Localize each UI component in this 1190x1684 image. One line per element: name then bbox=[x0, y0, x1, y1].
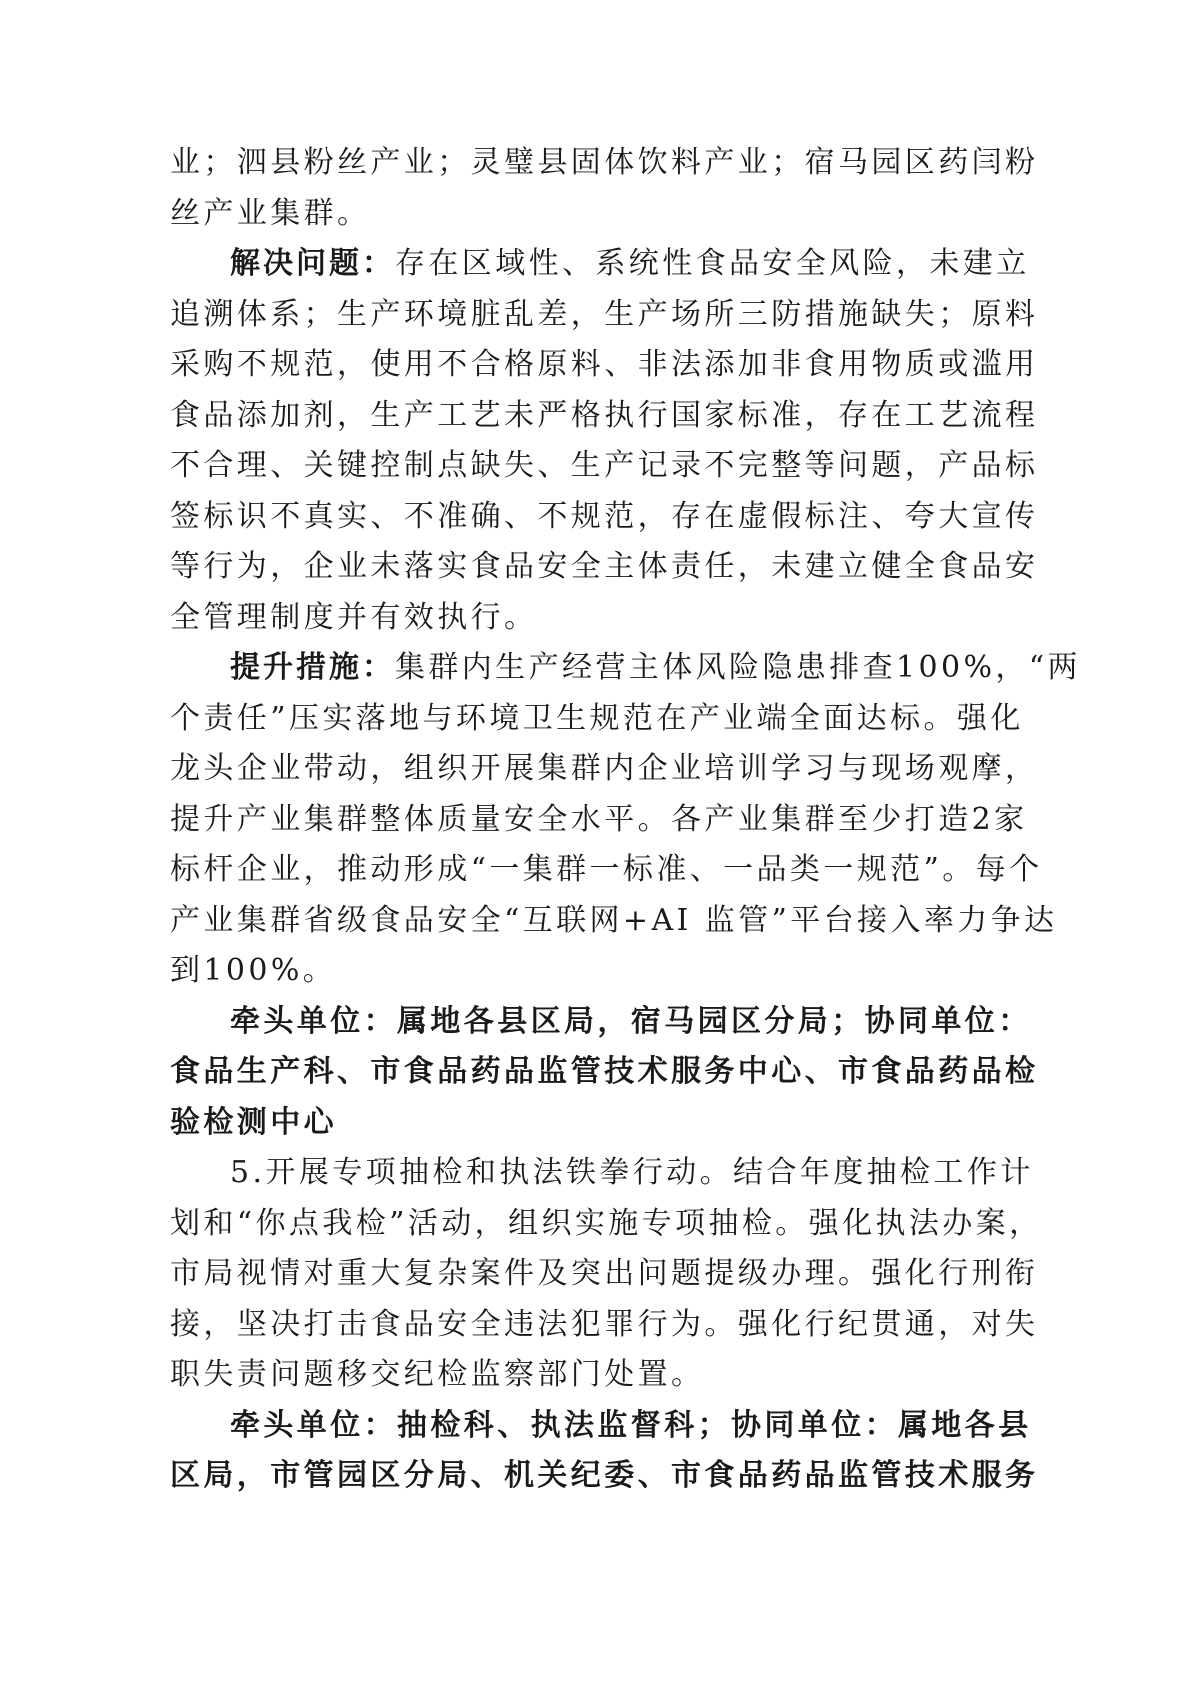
text-line: 解决问题：存在区域性、系统性食品安全风险，未建立 bbox=[170, 239, 942, 290]
text-line: 5.开展专项抽检和执法铁拳行动。结合年度抽检工作计 bbox=[170, 1148, 942, 1199]
text-line: 龙头企业带动，组织开展集群内企业培训学习与现场观摩， bbox=[170, 744, 942, 795]
text-line: 个责任”压实落地与环境卫生规范在产业端全面达标。强化 bbox=[170, 694, 942, 745]
text-line: 签标识不真实、不准确、不规范，存在虚假标注、夸大宣传 bbox=[170, 492, 942, 543]
text-run: 存在区域性、系统性食品安全风险，未建立 bbox=[395, 246, 1030, 281]
text-line: 牵头单位：属地各县区局，宿马园区分局；协同单位： bbox=[170, 997, 942, 1048]
text-line: 采购不规范，使用不合格原料、非法添加非食用物质或滥用 bbox=[170, 340, 942, 391]
text-line: 等行为，企业未落实食品安全主体责任，未建立健全食品安 bbox=[170, 542, 942, 593]
paragraph-responsible-units-2: 牵头单位：抽检科、执法监督科；协同单位：属地各县 区局，市管园区分局、机关纪委、… bbox=[170, 1401, 942, 1502]
paragraph-industry-list: 业；泗县粉丝产业；灵璧县固体饮料产业；宿马园区药闫粉 丝产业集群。 bbox=[170, 138, 942, 239]
paragraph-measures: 提升措施：集群内生产经营主体风险隐患排查100%，“两 个责任”压实落地与环境卫… bbox=[170, 643, 942, 997]
text-line: 业；泗县粉丝产业；灵璧县固体饮料产业；宿马园区药闫粉 bbox=[170, 138, 942, 189]
paragraph-item-5: 5.开展专项抽检和执法铁拳行动。结合年度抽检工作计 划和“你点我检”活动，组织实… bbox=[170, 1148, 942, 1401]
document-page: 业；泗县粉丝产业；灵璧县固体饮料产业；宿马园区药闫粉 丝产业集群。 解决问题：存… bbox=[170, 138, 942, 1502]
section-label-measures: 提升措施： bbox=[230, 650, 395, 685]
text-line: 全管理制度并有效执行。 bbox=[170, 593, 942, 644]
paragraph-problems: 解决问题：存在区域性、系统性食品安全风险，未建立 追溯体系；生产环境脏乱差，生产… bbox=[170, 239, 942, 643]
text-line: 到100%。 bbox=[170, 946, 942, 997]
text-line: 提升产业集群整体质量安全水平。各产业集群至少打造2家 bbox=[170, 795, 942, 846]
text-run: 集群内生产经营主体风险隐患排查100%，“两 bbox=[395, 650, 1081, 685]
text-line: 丝产业集群。 bbox=[170, 189, 942, 240]
text-line: 产业集群省级食品安全“互联网+AI 监管”平台接入率力争达 bbox=[170, 896, 942, 947]
text-line: 验检测中心 bbox=[170, 1098, 942, 1149]
text-line: 不合理、关键控制点缺失、生产记录不完整等问题，产品标 bbox=[170, 441, 942, 492]
text-line: 接，坚决打击食品安全违法犯罪行为。强化行纪贯通，对失 bbox=[170, 1300, 942, 1351]
text-line: 标杆企业，推动形成“一集群一标准、一品类一规范”。每个 bbox=[170, 845, 942, 896]
text-line: 区局，市管园区分局、机关纪委、市食品药品监管技术服务 bbox=[170, 1451, 942, 1502]
text-line: 提升措施：集群内生产经营主体风险隐患排查100%，“两 bbox=[170, 643, 942, 694]
text-line: 牵头单位：抽检科、执法监督科；协同单位：属地各县 bbox=[170, 1401, 942, 1452]
text-line: 追溯体系；生产环境脏乱差，生产场所三防措施缺失；原料 bbox=[170, 290, 942, 341]
paragraph-responsible-units-1: 牵头单位：属地各县区局，宿马园区分局；协同单位： 食品生产科、市食品药品监管技术… bbox=[170, 997, 942, 1149]
text-line: 职失责问题移交纪检监察部门处置。 bbox=[170, 1350, 942, 1401]
text-line: 市局视情对重大复杂案件及突出问题提级办理。强化行刑衔 bbox=[170, 1249, 942, 1300]
text-line: 食品生产科、市食品药品监管技术服务中心、市食品药品检 bbox=[170, 1047, 942, 1098]
section-label-problems: 解决问题： bbox=[230, 246, 395, 281]
text-line: 划和“你点我检”活动，组织实施专项抽检。强化执法办案， bbox=[170, 1199, 942, 1250]
text-line: 食品添加剂，生产工艺未严格执行国家标准，存在工艺流程 bbox=[170, 391, 942, 442]
